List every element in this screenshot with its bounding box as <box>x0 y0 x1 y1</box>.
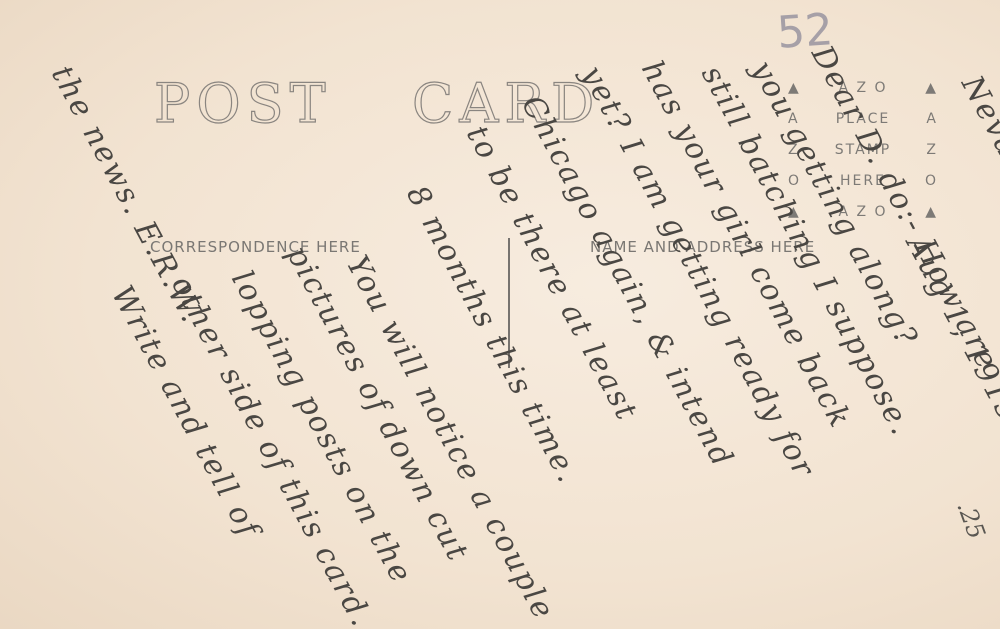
handwriting-line: 8 months this time. <box>399 180 586 490</box>
card-title: CARD <box>412 72 600 135</box>
postcard-back: POST CARD 52 ▲ A Z O ▲ A PLACE A Z STAMP… <box>0 0 1000 629</box>
stamp-side-letter: A <box>926 111 938 127</box>
stamp-side-letter: Z <box>926 142 938 158</box>
stamp-side-letter: O <box>925 173 938 189</box>
price-mark: .25 <box>951 497 990 542</box>
post-title: POST <box>154 72 332 135</box>
correspondence-label: CORRESPONDENCE HERE <box>150 238 361 256</box>
stamp-corner-icon: ▲ <box>925 80 938 96</box>
handwriting-line: Nevada Iowa, <box>954 70 1000 292</box>
